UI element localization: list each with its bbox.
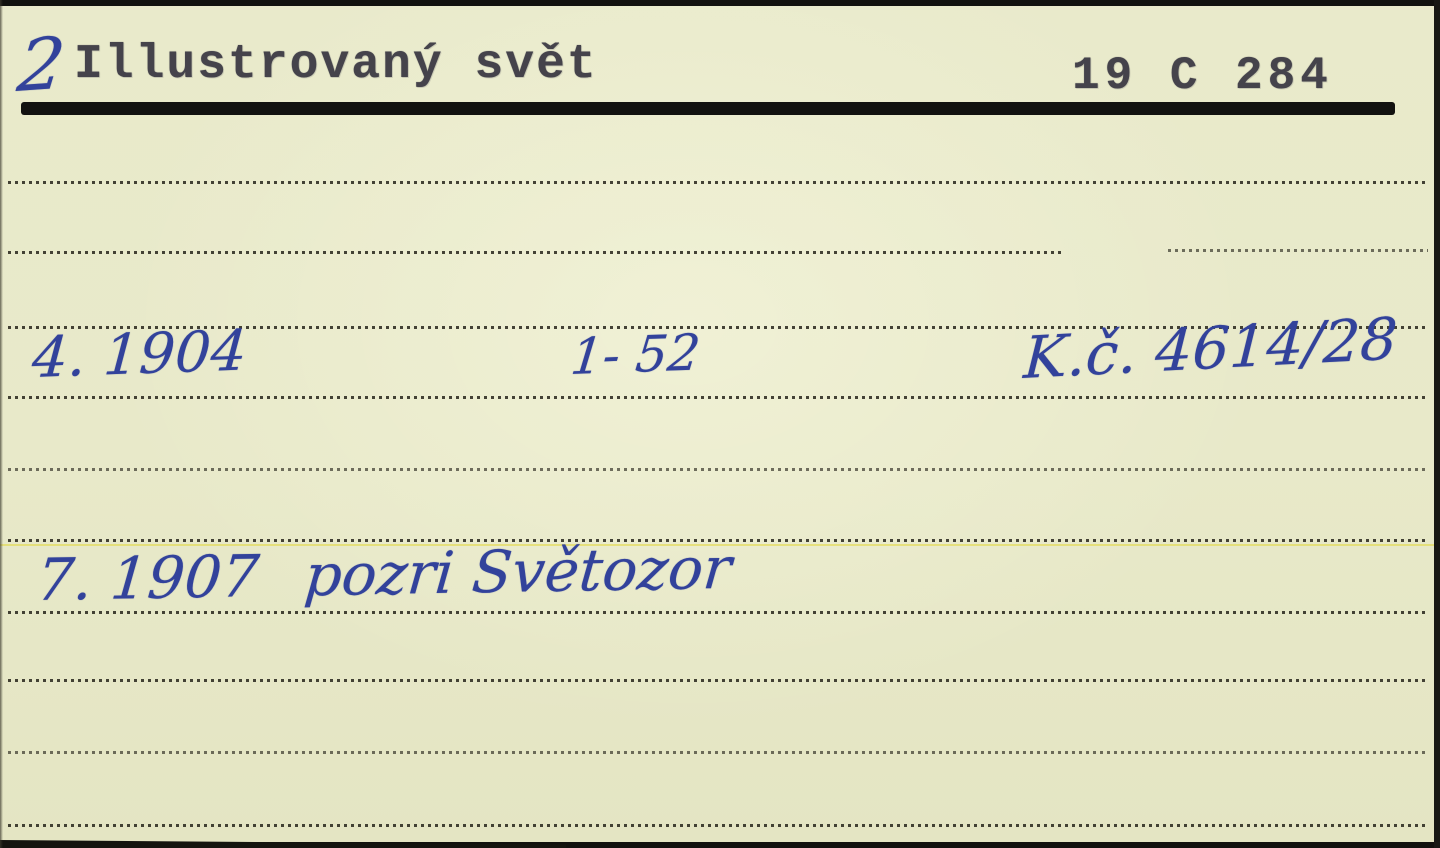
card-title: Illustrovaný svět [74,38,598,92]
ruled-line [8,396,1428,399]
entry2-line: 7. 1907pozri Světozor [34,534,734,614]
ruled-line [8,824,1428,827]
entry2-volume-year: 7. 1907 [34,542,262,614]
ruled-line [8,181,1428,184]
ruled-line [1168,249,1428,252]
ruled-line [8,468,1428,471]
entry1-issue-range: 1- 52 [568,324,703,386]
catalog-card-paper: 2 Illustrovaný svět 19 C 284 4. 1904 1- … [0,6,1434,842]
entry1-volume-year: 4. 1904 [30,319,249,391]
scan-edge-left [0,0,3,848]
ruled-line [8,251,1065,254]
scan-edge-right [1434,0,1440,848]
ruled-line [8,679,1428,682]
ruled-line [8,751,1428,754]
handwritten-copy-number: 2 [14,21,69,108]
entry2-spacer [257,595,303,596]
header-rule [21,102,1395,115]
entry1-accession-number: K.č. 4614/28 [1022,305,1399,392]
ruled-line [8,611,1428,614]
scanned-catalog-card: 2 Illustrovaný svět 19 C 284 4. 1904 1- … [0,0,1440,848]
call-number: 19 C 284 [1072,50,1333,102]
entry2-note: pozri Světozor [302,534,734,609]
scan-edge-top [0,0,1440,6]
